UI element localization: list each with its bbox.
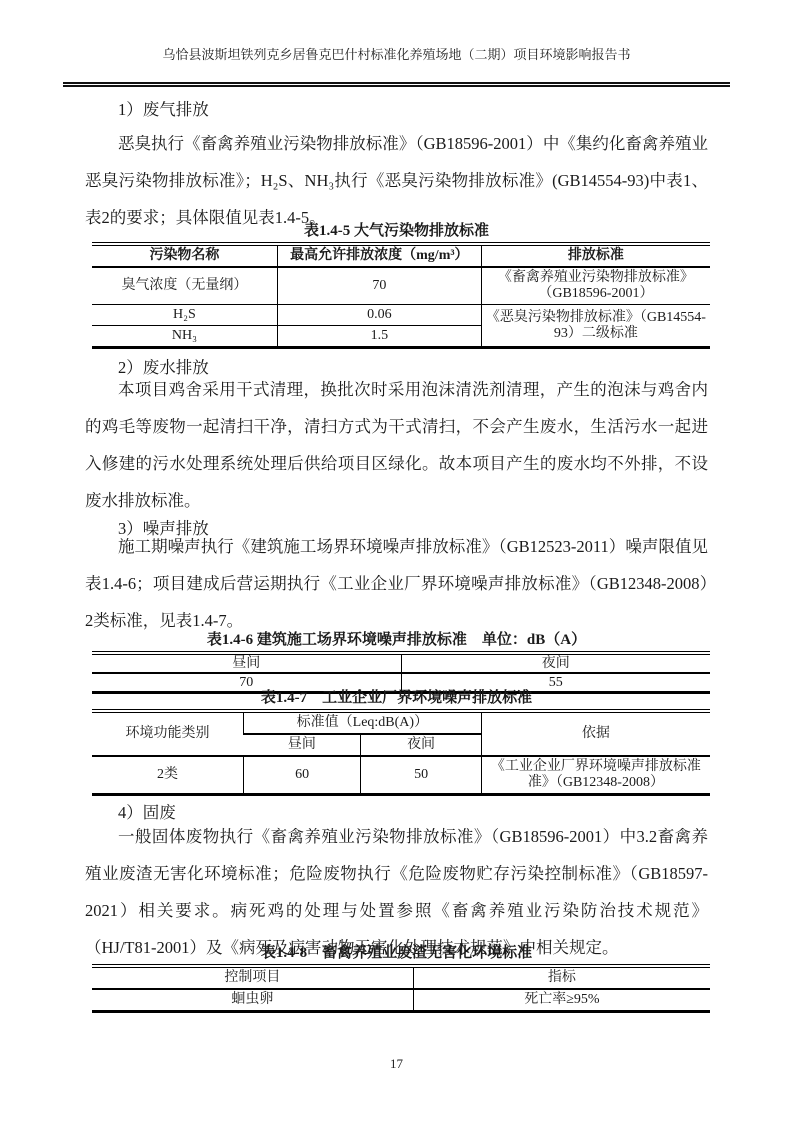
- cell-odor-pollutant-standard: 《恶臭污染物排放标准》（GB14554-93）二级标准: [481, 305, 710, 348]
- paragraph-waste-water: 本项目鸡舍采用干式清理，换批次时采用泡沫清洗剂清理，产生的泡沫与鸡舍内的鸡毛等废…: [85, 371, 708, 519]
- col-header-standard-value-group: 标准值（Leq:dB(A)）: [243, 711, 481, 734]
- table-row: H₂S 0.06 《恶臭污染物排放标准》（GB14554-93）二级标准: [92, 305, 710, 326]
- table-caption-industrial-noise: 表1.4-7 工业企业厂界环境噪声排放标准: [85, 688, 708, 708]
- cell-h2s-name: H₂S: [92, 305, 277, 326]
- cell-class2-daytime: 60: [243, 756, 360, 795]
- table-industrial-noise-standard: 环境功能类别 标准值（Leq:dB(A)） 依据 昼间 夜间 2类 60 50 …: [92, 709, 710, 796]
- table-header-row: 环境功能类别 标准值（Leq:dB(A)） 依据: [92, 711, 710, 734]
- col-header-daytime: 昼间: [92, 653, 401, 673]
- col-header-max-concentration: 最高允许排放浓度（mg/m³）: [277, 244, 481, 267]
- cell-ascarid-egg: 蛔虫卵: [92, 989, 413, 1012]
- table-header-row: 昼间 夜间: [92, 653, 710, 673]
- paragraph-noise: 施工期噪声执行《建筑施工场界环境噪声排放标准》（GB12523-2011）噪声限…: [85, 528, 708, 639]
- page-number: 17: [0, 1056, 793, 1072]
- table-harmless-residue-standard: 控制项目 指标 蛔虫卵 死亡率≥95%: [92, 964, 710, 1013]
- col-header-indicator: 指标: [413, 966, 710, 989]
- cell-nh3-name: NH₃: [92, 326, 277, 348]
- table-header-row: 污染物名称 最高允许排放浓度（mg/m³） 排放标准: [92, 244, 710, 267]
- col-header-nighttime: 夜间: [401, 653, 710, 673]
- cell-nh3-value: 1.5: [277, 326, 481, 348]
- table-row: 2类 60 50 《工业企业厂界环境噪声排放标准准》（GB12348-2008）: [92, 756, 710, 795]
- col-header-pollutant: 污染物名称: [92, 244, 277, 267]
- col-header-env-function-class: 环境功能类别: [92, 711, 243, 756]
- cell-odor-value: 70: [277, 267, 481, 305]
- table-row: 蛔虫卵 死亡率≥95%: [92, 989, 710, 1012]
- paragraph-waste-gas: 恶臭执行《畜禽养殖业污染物排放标准》（GB18596-2001）中《集约化畜禽养…: [85, 125, 708, 236]
- cell-odor-standard: 《畜禽养殖业污染物排放标准》（GB18596-2001）: [481, 267, 710, 305]
- table-header-row: 控制项目 指标: [92, 966, 710, 989]
- cell-mortality-rate: 死亡率≥95%: [413, 989, 710, 1012]
- cell-class2-basis: 《工业企业厂界环境噪声排放标准准》（GB12348-2008）: [481, 756, 710, 795]
- cell-h2s-value: 0.06: [277, 305, 481, 326]
- table-air-emission-standard: 污染物名称 最高允许排放浓度（mg/m³） 排放标准 臭气浓度（无量纲） 70 …: [92, 242, 710, 349]
- section-heading-waste-gas: 1）废气排放: [85, 95, 708, 125]
- document-body: 1）废气排放 恶臭执行《畜禽养殖业污染物排放标准》（GB18596-2001）中…: [85, 87, 708, 1013]
- col-header-nighttime: 夜间: [361, 734, 482, 756]
- cell-class2-nighttime: 50: [361, 756, 482, 795]
- document-page: 乌恰县波斯坦铁列克乡居鲁克巴什村标准化养殖场地（二期）项目环境影响报告书 1）废…: [0, 0, 793, 1122]
- col-header-control-item: 控制项目: [92, 966, 413, 989]
- col-header-standard: 排放标准: [481, 244, 710, 267]
- col-header-daytime: 昼间: [243, 734, 360, 756]
- table-row: 臭气浓度（无量纲） 70 《畜禽养殖业污染物排放标准》（GB18596-2001…: [92, 267, 710, 305]
- cell-odor-name: 臭气浓度（无量纲）: [92, 267, 277, 305]
- col-header-basis: 依据: [481, 711, 710, 756]
- page-header-title: 乌恰县波斯坦铁列克乡居鲁克巴什村标准化养殖场地（二期）项目环境影响报告书: [63, 46, 730, 63]
- cell-class2: 2类: [92, 756, 243, 795]
